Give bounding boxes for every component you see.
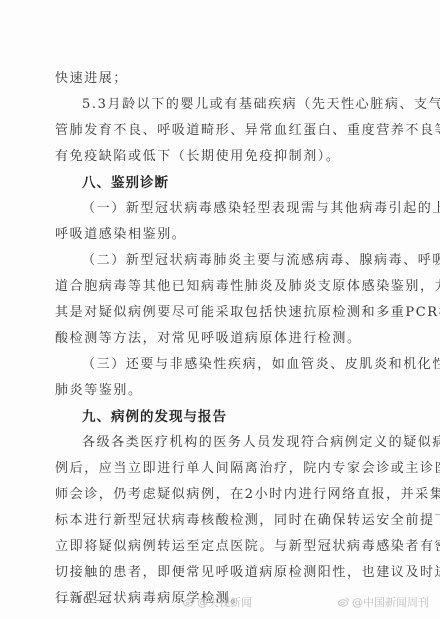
page-number: — 10 — <box>58 594 109 606</box>
page-footer: — 10 — @央视新闻 @中国新闻周刊 <box>0 592 440 612</box>
text-line: 切接触的患者，即便常见呼吸道病原检测阳性，也建议及时进 <box>55 560 375 586</box>
weibo-icon <box>338 597 350 607</box>
text-line: 立即将疑似病例转运至定点医院。与新型冠状病毒感染者有密 <box>55 534 375 560</box>
document-page: 快速进展； 5.3月龄以下的婴儿或有基础疾病（先天性心脏病、支气 管肺发育不良、… <box>0 0 440 619</box>
watermark-text: @央视新闻 <box>197 594 252 610</box>
text-line: 有免疫缺陷或低下（长期使用免疫抑制剂）。 <box>55 144 375 170</box>
text-line: （二）新型冠状病毒肺炎主要与流感病毒、腺病毒、呼吸 <box>55 248 375 274</box>
weibo-icon <box>183 597 195 607</box>
text-line: 肺炎等鉴别。 <box>55 378 375 404</box>
watermark-china-newsweek: @中国新闻周刊 <box>338 594 429 610</box>
text-line: 快速进展； <box>55 66 375 92</box>
watermark-text: @中国新闻周刊 <box>352 594 429 610</box>
watermark-cctv-news: @央视新闻 <box>183 594 252 610</box>
section-heading-case-discovery: 九、病例的发现与报告 <box>55 404 375 430</box>
text-line: 呼吸道感染相鉴别。 <box>55 222 375 248</box>
text-line: 其是对疑似病例要尽可能采取包括快速抗原检测和多重PCR核 <box>55 300 375 326</box>
text-line: 5.3月龄以下的婴儿或有基础疾病（先天性心脏病、支气 <box>55 92 375 118</box>
text-line: 酸检测等方法，对常见呼吸道病原体进行检测。 <box>55 326 375 352</box>
text-line: 师会诊，仍考虑疑似病例，在2小时内进行网络直报，并采集 <box>55 482 375 508</box>
text-line: 管肺发育不良、呼吸道畸形、异常血红蛋白、重度营养不良等）， <box>55 118 375 144</box>
document-body: 快速进展； 5.3月龄以下的婴儿或有基础疾病（先天性心脏病、支气 管肺发育不良、… <box>55 66 375 612</box>
text-line: 道合胞病毒等其他已知病毒性肺炎及肺炎支原体感染鉴别，尤 <box>55 274 375 300</box>
text-line: 各级各类医疗机构的医务人员发现符合病例定义的疑似病 <box>55 430 375 456</box>
text-line: 例后，应当立即进行单人间隔离治疗，院内专家会诊或主诊医 <box>55 456 375 482</box>
section-heading-differential-diagnosis: 八、鉴别诊断 <box>55 170 375 196</box>
text-line: （三）还要与非感染性疾病，如血管炎、皮肌炎和机化性 <box>55 352 375 378</box>
text-line: （一）新型冠状病毒感染轻型表现需与其他病毒引起的上 <box>55 196 375 222</box>
text-line: 标本进行新型冠状病毒核酸检测，同时在确保转运安全前提下 <box>55 508 375 534</box>
